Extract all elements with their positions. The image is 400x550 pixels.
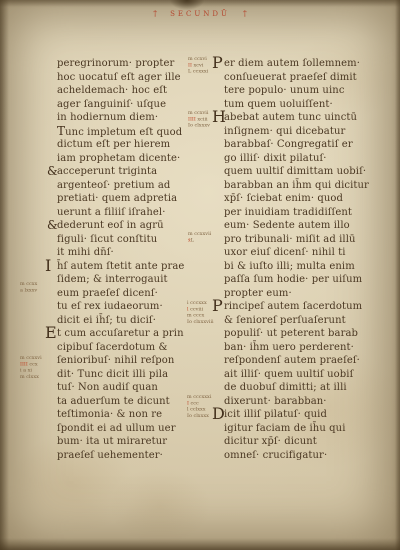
- initial-letter: H: [212, 109, 226, 125]
- initial-letter: P: [212, 298, 223, 314]
- line-text: ſidem; & interrogauit: [57, 274, 168, 285]
- text-line: reſpondenſ autem praeſeſ·: [224, 354, 364, 368]
- text-line: ſpondit ei ad ullum uer: [57, 422, 189, 436]
- page-edge-top: [0, 0, 400, 7]
- line-text: propter eum·: [224, 288, 292, 299]
- initial-letter: E: [45, 325, 57, 341]
- text-line: ager ſanguiniſ· uſque: [57, 98, 189, 112]
- line-text: conſueuerat praeſeſ dimit: [224, 72, 357, 83]
- line-text: ſenioribuſ· nihil reſpon: [57, 355, 174, 366]
- canon-reference-line: m clxxx: [20, 373, 42, 379]
- text-line: hoc uocatuſ eſt ager ille: [57, 71, 189, 85]
- line-text: in hodiernum diem·: [57, 112, 158, 123]
- text-line: tu eſ rex iudaeorum·: [57, 300, 189, 314]
- line-text: ait illiſ· quem uultiſ uobiſ: [224, 369, 353, 380]
- page-edge-left: [0, 0, 9, 550]
- text-line: bi & iuſto illi; multa enim: [224, 260, 364, 274]
- line-text: ſpondit ei ad ullum uer: [57, 423, 176, 434]
- line-text: eum praeſeſ dicenſ·: [57, 288, 158, 299]
- text-line: de duobuſ dimitti; at illi: [224, 381, 364, 395]
- line-text: tum quem uoluiſſent·: [224, 99, 333, 110]
- line-text: ban· ih̄m uero perderent·: [224, 342, 354, 353]
- canon-reference-line: Io clxxxviii: [187, 318, 214, 324]
- text-line: Ih̄ſ autem ſtetit ante prae: [57, 260, 189, 274]
- text-line: eum praeſeſ dicenſ·: [57, 287, 189, 301]
- initial-letter: P: [212, 55, 223, 71]
- text-line: Principeſ autem ſacerdotum: [224, 300, 364, 314]
- line-text: barabbaſ· Congregatiſ er: [224, 139, 353, 150]
- canon-reference-note: m ccxxa lxxxv: [20, 281, 37, 293]
- line-text: tu eſ rex iudaeorum·: [57, 301, 163, 312]
- text-line: uerunt a filiiſ iſrahel·: [57, 206, 189, 220]
- text-line: iam prophetam dicente·: [57, 152, 189, 166]
- text-line: tere populo· unum uinc: [224, 84, 364, 98]
- text-line: tuſ· Non audiſ quan: [57, 381, 189, 395]
- text-line: propter eum·: [224, 287, 364, 301]
- page-edge-bottom: [0, 538, 400, 550]
- line-text: dicit ei ih̄ſ; tu diciſ·: [57, 315, 156, 326]
- cross-icon: †: [243, 9, 247, 18]
- text-line: dit· Tunc dicit illi pila: [57, 368, 189, 382]
- canon-reference-note: m cccxxxiI cccl cclxxxIo clxxxx: [187, 394, 211, 419]
- line-text: hoc uocatuſ eſt ager ille: [57, 72, 181, 83]
- text-line: tum quem uoluiſſent·: [224, 98, 364, 112]
- manuscript-page-photo: †SECUNDŪ† peregrinorum· propter hoc uoca…: [0, 0, 400, 550]
- initial-letter: &: [47, 219, 58, 232]
- text-line: inſignem· qui dicebatur: [224, 125, 364, 139]
- canon-reference-line: x̄L: [188, 237, 211, 243]
- cross-icon: †: [153, 9, 157, 18]
- line-text: unc impletum eſt quod: [65, 127, 182, 138]
- line-text: ta aduerſum te dicunt: [57, 396, 170, 407]
- line-text: ager ſanguiniſ· uſque: [57, 99, 166, 110]
- text-line: & ſenioreſ perſuaſerunt: [224, 314, 364, 328]
- canon-reference-line: L ccxxxi: [188, 68, 208, 74]
- line-text: populiſ· ut peterent barab: [224, 328, 358, 339]
- line-text: inſignem· qui dicebatur: [224, 126, 345, 137]
- text-line: Habebat autem tunc uinctū: [224, 111, 364, 125]
- page-edge-right: [395, 0, 400, 550]
- text-line: ta aduerſum te dicunt: [57, 395, 189, 409]
- text-line: dicitur xp̄ſ· dicunt: [224, 435, 364, 449]
- text-line: ban· ih̄m uero perderent·: [224, 341, 364, 355]
- text-line: barabban an ih̄m qui dicitur: [224, 179, 364, 193]
- text-line: paſſa ſum hodie· per uiſum: [224, 273, 364, 287]
- line-text: bi & iuſto illi; multa enim: [224, 261, 355, 272]
- line-text: xp̄ſ· ſciebat enim· quod: [224, 193, 343, 204]
- line-text: rincipeſ autem ſacerdotum: [224, 301, 362, 312]
- line-text: peregrinorum· propter: [57, 58, 174, 69]
- text-line: xp̄ſ· ſciebat enim· quod: [224, 192, 364, 206]
- text-line: dicit ei ih̄ſ; tu diciſ·: [57, 314, 189, 328]
- text-line: ait illiſ· quem uultiſ uobiſ: [224, 368, 364, 382]
- text-line: ſidem; & interrogauit: [57, 273, 189, 287]
- text-line: praeſeſ uehementer·: [57, 449, 189, 463]
- text-line: Tunc impletum eſt quod: [57, 125, 189, 139]
- line-text: barabban an ih̄m qui dicitur: [224, 180, 369, 191]
- line-text: er diem autem ſollemnem·: [224, 58, 360, 69]
- text-line: figuli· ſicut conſtitu: [57, 233, 189, 247]
- text-line: &dederunt eoſ in agrū: [57, 219, 189, 233]
- line-text: praeſeſ uehementer·: [57, 450, 163, 461]
- canon-reference-note: i cccxxxl ccviiim cccxIo clxxxviii: [187, 300, 214, 325]
- initial-letter: &: [47, 165, 58, 178]
- line-text: acheldemach· hoc eſt: [57, 85, 167, 96]
- canon-reference-note: m ccxviII xcviL ccxxxi: [188, 56, 208, 74]
- text-line: per inuidiam tradidiſſent: [224, 206, 364, 220]
- line-text: dicitur xp̄ſ· dicunt: [224, 436, 317, 447]
- line-text: quem uultiſ dimittam uobiſ·: [224, 166, 366, 177]
- canon-reference-note: m ccxxviix̄L: [188, 231, 211, 243]
- text-line: igitur faciam de ih̄u qui: [224, 422, 364, 436]
- text-line: uxor eiuſ dicenſ· nihil ti: [224, 246, 364, 260]
- line-text: dictum eſt per hierem: [57, 139, 170, 150]
- text-line: &acceperunt triginta: [57, 165, 189, 179]
- line-text: t cum accuſaretur a prin: [57, 328, 184, 339]
- line-text: & ſenioreſ perſuaſerunt: [224, 315, 346, 326]
- text-line: go illiſ· dixit pilatuſ·: [224, 152, 364, 166]
- line-text: acceperunt triginta: [57, 166, 157, 177]
- line-text: pretiati· quem adpretia: [57, 193, 177, 204]
- line-text: eum· Sedente autem illo: [224, 220, 350, 231]
- text-line: teſtimonia· & non re: [57, 408, 189, 422]
- text-line: cipibuſ ſacerdotum &: [57, 341, 189, 355]
- text-line: acheldemach· hoc eſt: [57, 84, 189, 98]
- text-line: Et cum accuſaretur a prin: [57, 327, 189, 341]
- line-text: argenteoſ· pretium ad: [57, 180, 170, 191]
- line-text: cipibuſ ſacerdotum &: [57, 342, 168, 353]
- initial-letter: I: [45, 258, 51, 274]
- text-line: argenteoſ· pretium ad: [57, 179, 189, 193]
- text-line: bum· ita ut miraretur: [57, 435, 189, 449]
- text-line: ſenioribuſ· nihil reſpon: [57, 354, 189, 368]
- line-text: go illiſ· dixit pilatuſ·: [224, 153, 327, 164]
- line-text: uxor eiuſ dicenſ· nihil ti: [224, 247, 346, 258]
- line-text: uerunt a filiiſ iſrahel·: [57, 207, 166, 218]
- line-text: figuli· ſicut conſtitu: [57, 234, 157, 245]
- text-line: Dicit illiſ pilatuſ· quid: [224, 408, 364, 422]
- text-line: in hodiernum diem·: [57, 111, 189, 125]
- text-line: pretiati· quem adpretia: [57, 192, 189, 206]
- line-text: de duobuſ dimitti; at illi: [224, 382, 347, 393]
- line-text: bum· ita ut miraretur: [57, 436, 167, 447]
- running-title-text: SECUNDŪ: [170, 10, 230, 18]
- line-text: paſſa ſum hodie· per uiſum: [224, 274, 362, 285]
- text-line: Per diem autem ſollemnem·: [224, 57, 364, 71]
- text-line: conſueuerat praeſeſ dimit: [224, 71, 364, 85]
- running-title: †SECUNDŪ†: [0, 9, 400, 18]
- line-text: abebat autem tunc uinctū: [224, 112, 357, 123]
- canon-reference-line: Io clxxxv: [188, 122, 210, 128]
- initial-letter: D: [212, 406, 225, 422]
- text-line: omneſ· crucifigatur·: [224, 449, 364, 463]
- canon-reference-line: Io clxxxx: [187, 412, 211, 418]
- line-text: teſtimonia· & non re: [57, 409, 162, 420]
- line-text: iam prophetam dicente·: [57, 153, 180, 164]
- canon-reference-note: m ccxxviIIII ccxi a xim clxxx: [20, 355, 42, 380]
- line-text: igitur faciam de ih̄u qui: [224, 423, 346, 434]
- canon-reference-note: m ccxviiIIII xciiiIo clxxxv: [188, 110, 210, 128]
- text-column-left: peregrinorum· propter hoc uocatuſ eſt ag…: [57, 57, 189, 462]
- text-column-right: Per diem autem ſollemnem· conſueuerat pr…: [224, 57, 364, 462]
- text-line: barabbaſ· Congregatiſ er: [224, 138, 364, 152]
- text-line: eum· Sedente autem illo: [224, 219, 364, 233]
- line-text: dixerunt· barabban·: [224, 396, 327, 407]
- line-text: icit illiſ pilatuſ· quid: [224, 409, 327, 420]
- initial-letter: T: [57, 124, 65, 138]
- line-text: pro tribunali· miſit ad illū: [224, 234, 356, 245]
- line-text: reſpondenſ autem praeſeſ·: [224, 355, 360, 366]
- line-text: dit· Tunc dicit illi pila: [57, 369, 168, 380]
- line-text: tere populo· unum uinc: [224, 85, 345, 96]
- text-line: populiſ· ut peterent barab: [224, 327, 364, 341]
- line-text: dederunt eoſ in agrū: [57, 220, 164, 231]
- line-text: it mihi dn̄ſ·: [57, 247, 114, 258]
- canon-reference-line: a lxxxv: [20, 287, 37, 293]
- text-line: dixerunt· barabban·: [224, 395, 364, 409]
- line-text: tuſ· Non audiſ quan: [57, 382, 158, 393]
- text-line: pro tribunali· miſit ad illū: [224, 233, 364, 247]
- line-text: per inuidiam tradidiſſent: [224, 207, 352, 218]
- text-line: it mihi dn̄ſ·: [57, 246, 189, 260]
- text-line: quem uultiſ dimittam uobiſ·: [224, 165, 364, 179]
- line-text: omneſ· crucifigatur·: [224, 450, 327, 461]
- text-line: dictum eſt per hierem: [57, 138, 189, 152]
- line-text: h̄ſ autem ſtetit ante prae: [57, 261, 184, 272]
- text-line: peregrinorum· propter: [57, 57, 189, 71]
